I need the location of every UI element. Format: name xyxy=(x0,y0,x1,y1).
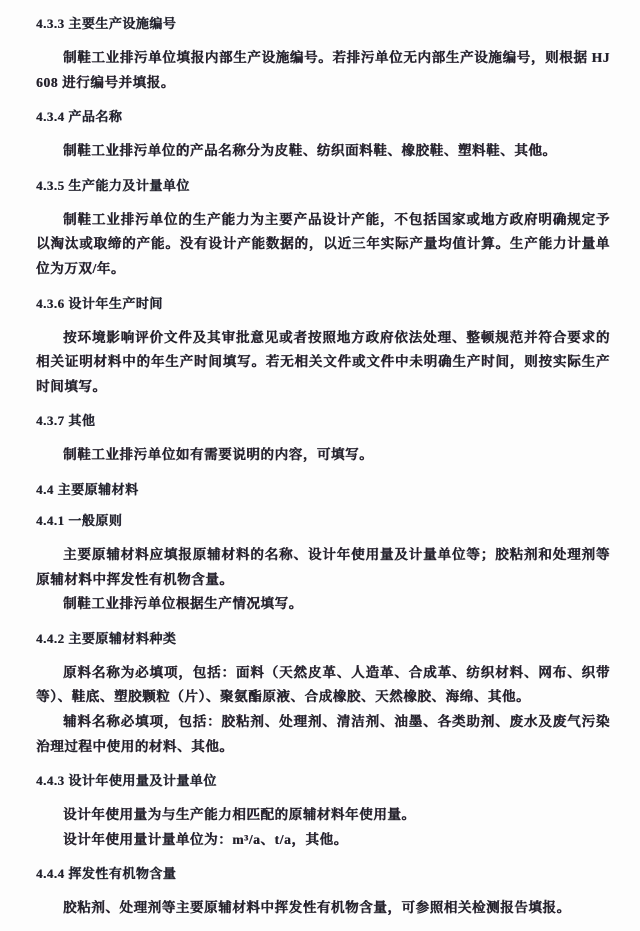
paragraph: 设计年使用量为与生产能力相匹配的原辅材料年使用量。 xyxy=(36,803,610,828)
section-4-3-5: 4.3.5 生产能力及计量单位 制鞋工业排污单位的生产能力为主要产品设计产能，不… xyxy=(36,177,610,282)
paragraph: 辅料名称必填项，包括：胶粘剂、处理剂、清洁剂、油墨、各类助剂、废水及废气污染治理… xyxy=(36,710,610,759)
section-4-3-3: 4.3.3 主要生产设施编号 制鞋工业排污单位填报内部生产设施编号。若排污单位无… xyxy=(36,15,610,95)
paragraph: 主要原辅材料应填报原辅材料的名称、设计年使用量及计量单位等；胶粘剂和处理剂等原辅… xyxy=(36,543,610,592)
section-heading-4-3-6: 4.3.6 设计年生产时间 xyxy=(36,295,610,313)
section-heading-4-4-3: 4.4.3 设计年使用量及计量单位 xyxy=(36,772,610,790)
section-heading-4-4-1: 4.4.1 一般原则 xyxy=(36,512,610,530)
paragraph: 原料名称为必填项，包括：面料（天然皮革、人造革、合成革、纺织材料、网布、织带等）… xyxy=(36,661,610,710)
paragraph: 制鞋工业排污单位根据生产情况填写。 xyxy=(36,592,610,617)
section-heading-4-3-4: 4.3.4 产品名称 xyxy=(36,108,610,126)
paragraph: 制鞋工业排污单位如有需要说明的内容，可填写。 xyxy=(36,443,610,468)
section-heading-4-3-7: 4.3.7 其他 xyxy=(36,412,610,430)
section-heading-4-3-3: 4.3.3 主要生产设施编号 xyxy=(36,15,610,33)
section-4-3-6: 4.3.6 设计年生产时间 按环境影响评价文件及其审批意见或者按照地方政府依法处… xyxy=(36,295,610,400)
paragraph: 制鞋工业排污单位的生产能力为主要产品设计产能，不包括国家或地方政府明确规定予以淘… xyxy=(36,208,610,282)
section-4-4: 4.4 主要原辅材料 xyxy=(36,481,610,499)
section-4-4-2: 4.4.2 主要原辅材料种类 原料名称为必填项，包括：面料（天然皮革、人造革、合… xyxy=(36,630,610,759)
paragraph: 制鞋工业排污单位填报内部生产设施编号。若排污单位无内部生产设施编号，则根据 HJ… xyxy=(36,46,610,95)
section-4-4-4: 4.4.4 挥发性有机物含量 胶粘剂、处理剂等主要原辅材料中挥发性有机物含量，可… xyxy=(36,865,610,921)
section-4-3-4: 4.3.4 产品名称 制鞋工业排污单位的产品名称分为皮鞋、纺织面料鞋、橡胶鞋、塑… xyxy=(36,108,610,164)
paragraph: 胶粘剂、处理剂等主要原辅材料中挥发性有机物含量，可参照相关检测报告填报。 xyxy=(36,896,610,921)
section-4-4-1: 4.4.1 一般原则 主要原辅材料应填报原辅材料的名称、设计年使用量及计量单位等… xyxy=(36,512,610,617)
section-heading-4-3-5: 4.3.5 生产能力及计量单位 xyxy=(36,177,610,195)
paragraph: 设计年使用量计量单位为：m³/a、t/a，其他。 xyxy=(36,828,610,853)
section-4-3-7: 4.3.7 其他 制鞋工业排污单位如有需要说明的内容，可填写。 xyxy=(36,412,610,468)
paragraph: 按环境影响评价文件及其审批意见或者按照地方政府依法处理、整顿规范并符合要求的相关… xyxy=(36,326,610,400)
section-heading-4-4: 4.4 主要原辅材料 xyxy=(36,481,610,499)
section-4-4-3: 4.4.3 设计年使用量及计量单位 设计年使用量为与生产能力相匹配的原辅材料年使… xyxy=(36,772,610,852)
section-heading-4-4-2: 4.4.2 主要原辅材料种类 xyxy=(36,630,610,648)
section-heading-4-4-4: 4.4.4 挥发性有机物含量 xyxy=(36,865,610,883)
document-page: 4.3.3 主要生产设施编号 制鞋工业排污单位填报内部生产设施编号。若排污单位无… xyxy=(0,0,640,931)
paragraph: 制鞋工业排污单位的产品名称分为皮鞋、纺织面料鞋、橡胶鞋、塑料鞋、其他。 xyxy=(36,139,610,164)
